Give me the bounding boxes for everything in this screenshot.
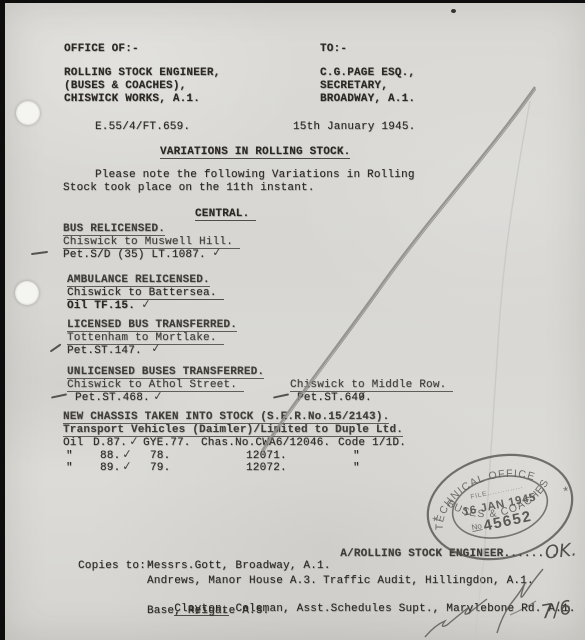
ink-speck [451, 9, 456, 13]
page-title: VARIATIONS IN ROLLING STOCK. [160, 146, 350, 159]
intro-line-2: Stock took place on the 11th instant. [63, 182, 315, 195]
checkmark-icon: ✓ [140, 297, 151, 312]
table-cell-fuel: Oil [63, 437, 83, 450]
pen-tick-mark [51, 393, 67, 398]
table-cell-fuel: " [66, 462, 73, 475]
checkmark-icon: ✓ [356, 389, 367, 404]
table-cell-reg: 79. [150, 462, 170, 475]
region-heading: CENTRAL. [195, 208, 256, 221]
section1-heading: BUS RELICENSED. [63, 223, 165, 236]
checkmark-icon: ✓ [152, 389, 163, 404]
stamp-no-label: No [471, 521, 483, 532]
chassis-subheading: Transport Vehicles (Daimler)/Limited to … [63, 424, 403, 437]
table-cell-fleet: 89. [100, 462, 120, 475]
table-cell-chassis-no: Chas.No.CWA6/12046. [201, 437, 330, 450]
punch-hole-top [16, 101, 40, 125]
section2-heading: AMBULANCE RELICENSED. [67, 274, 210, 287]
checkmark-icon: ✓ [121, 459, 132, 474]
pen-tick-mark [273, 393, 289, 398]
to-label: TO:- [320, 43, 347, 56]
table-cell-reg: GYE.77. [143, 437, 191, 450]
chassis-heading: NEW CHASSIS TAKEN INTO STOCK (S.E.R.No.1… [63, 411, 389, 424]
checkmark-icon: ✓ [211, 245, 222, 260]
checkmark-icon: ✓ [150, 341, 161, 356]
copies-line-4: Base, Reigate A.5. [147, 605, 269, 618]
office-line-1: ROLLING STOCK ENGINEER, [64, 67, 220, 80]
section4-heading: UNLICENSED BUSES TRANSFERRED. [67, 366, 264, 379]
copies-label: Copies to:- [78, 560, 153, 573]
scanned-paper: OFFICE OF:- TO:- ROLLING STOCK ENGINEER,… [5, 3, 585, 640]
section4-detail-left: Pet.ST.468. [75, 392, 150, 405]
section4-route-right: Chiswick to Middle Row. [290, 379, 453, 392]
pen-slash-mark [50, 343, 62, 352]
table-cell-code: " [353, 462, 360, 475]
office-line-3: CHISWICK WORKS, A.1. [64, 93, 200, 106]
office-line-2: (BUSES & COACHES), [64, 80, 186, 93]
punch-hole-bottom [15, 281, 39, 305]
pen-tick-mark [31, 251, 48, 255]
document-date: 15th January 1945. [293, 121, 415, 134]
copies-line-3-rest: Coleman, Asst.Schedules Supt., Marylebon… [229, 603, 576, 615]
intro-line-1: Please note the following Variations in … [95, 169, 415, 182]
section3-heading: LICENSED BUS TRANSFERRED. [67, 319, 237, 332]
section2-detail: Oil TF.15. [67, 300, 135, 313]
to-line-1: C.G.PAGE ESQ., [320, 67, 415, 80]
to-line-2: SECRETARY, [320, 80, 388, 93]
section1-detail: Pet.S/D (35) LT.1087. [63, 249, 206, 262]
copies-line-1: Messrs.Gott, Broadway, A.1. [147, 560, 331, 573]
section3-detail: Pet.ST.147. [67, 345, 142, 358]
section3-route: Tottenham to Mortlake. [67, 332, 224, 345]
to-line-3: BROADWAY, A.1. [320, 93, 415, 106]
copies-line-2a: Andrews, Manor House A.3. [147, 575, 317, 588]
table-cell-code: Code 1/1D. [338, 437, 406, 450]
office-of-label: OFFICE OF:- [64, 43, 139, 56]
copies-line-2b: Traffic Audit, Hillingdon, A.1. [323, 575, 534, 588]
table-cell-chassis-no: 12072. [246, 462, 287, 475]
reference-number: E.55/4/FT.659. [95, 121, 190, 134]
